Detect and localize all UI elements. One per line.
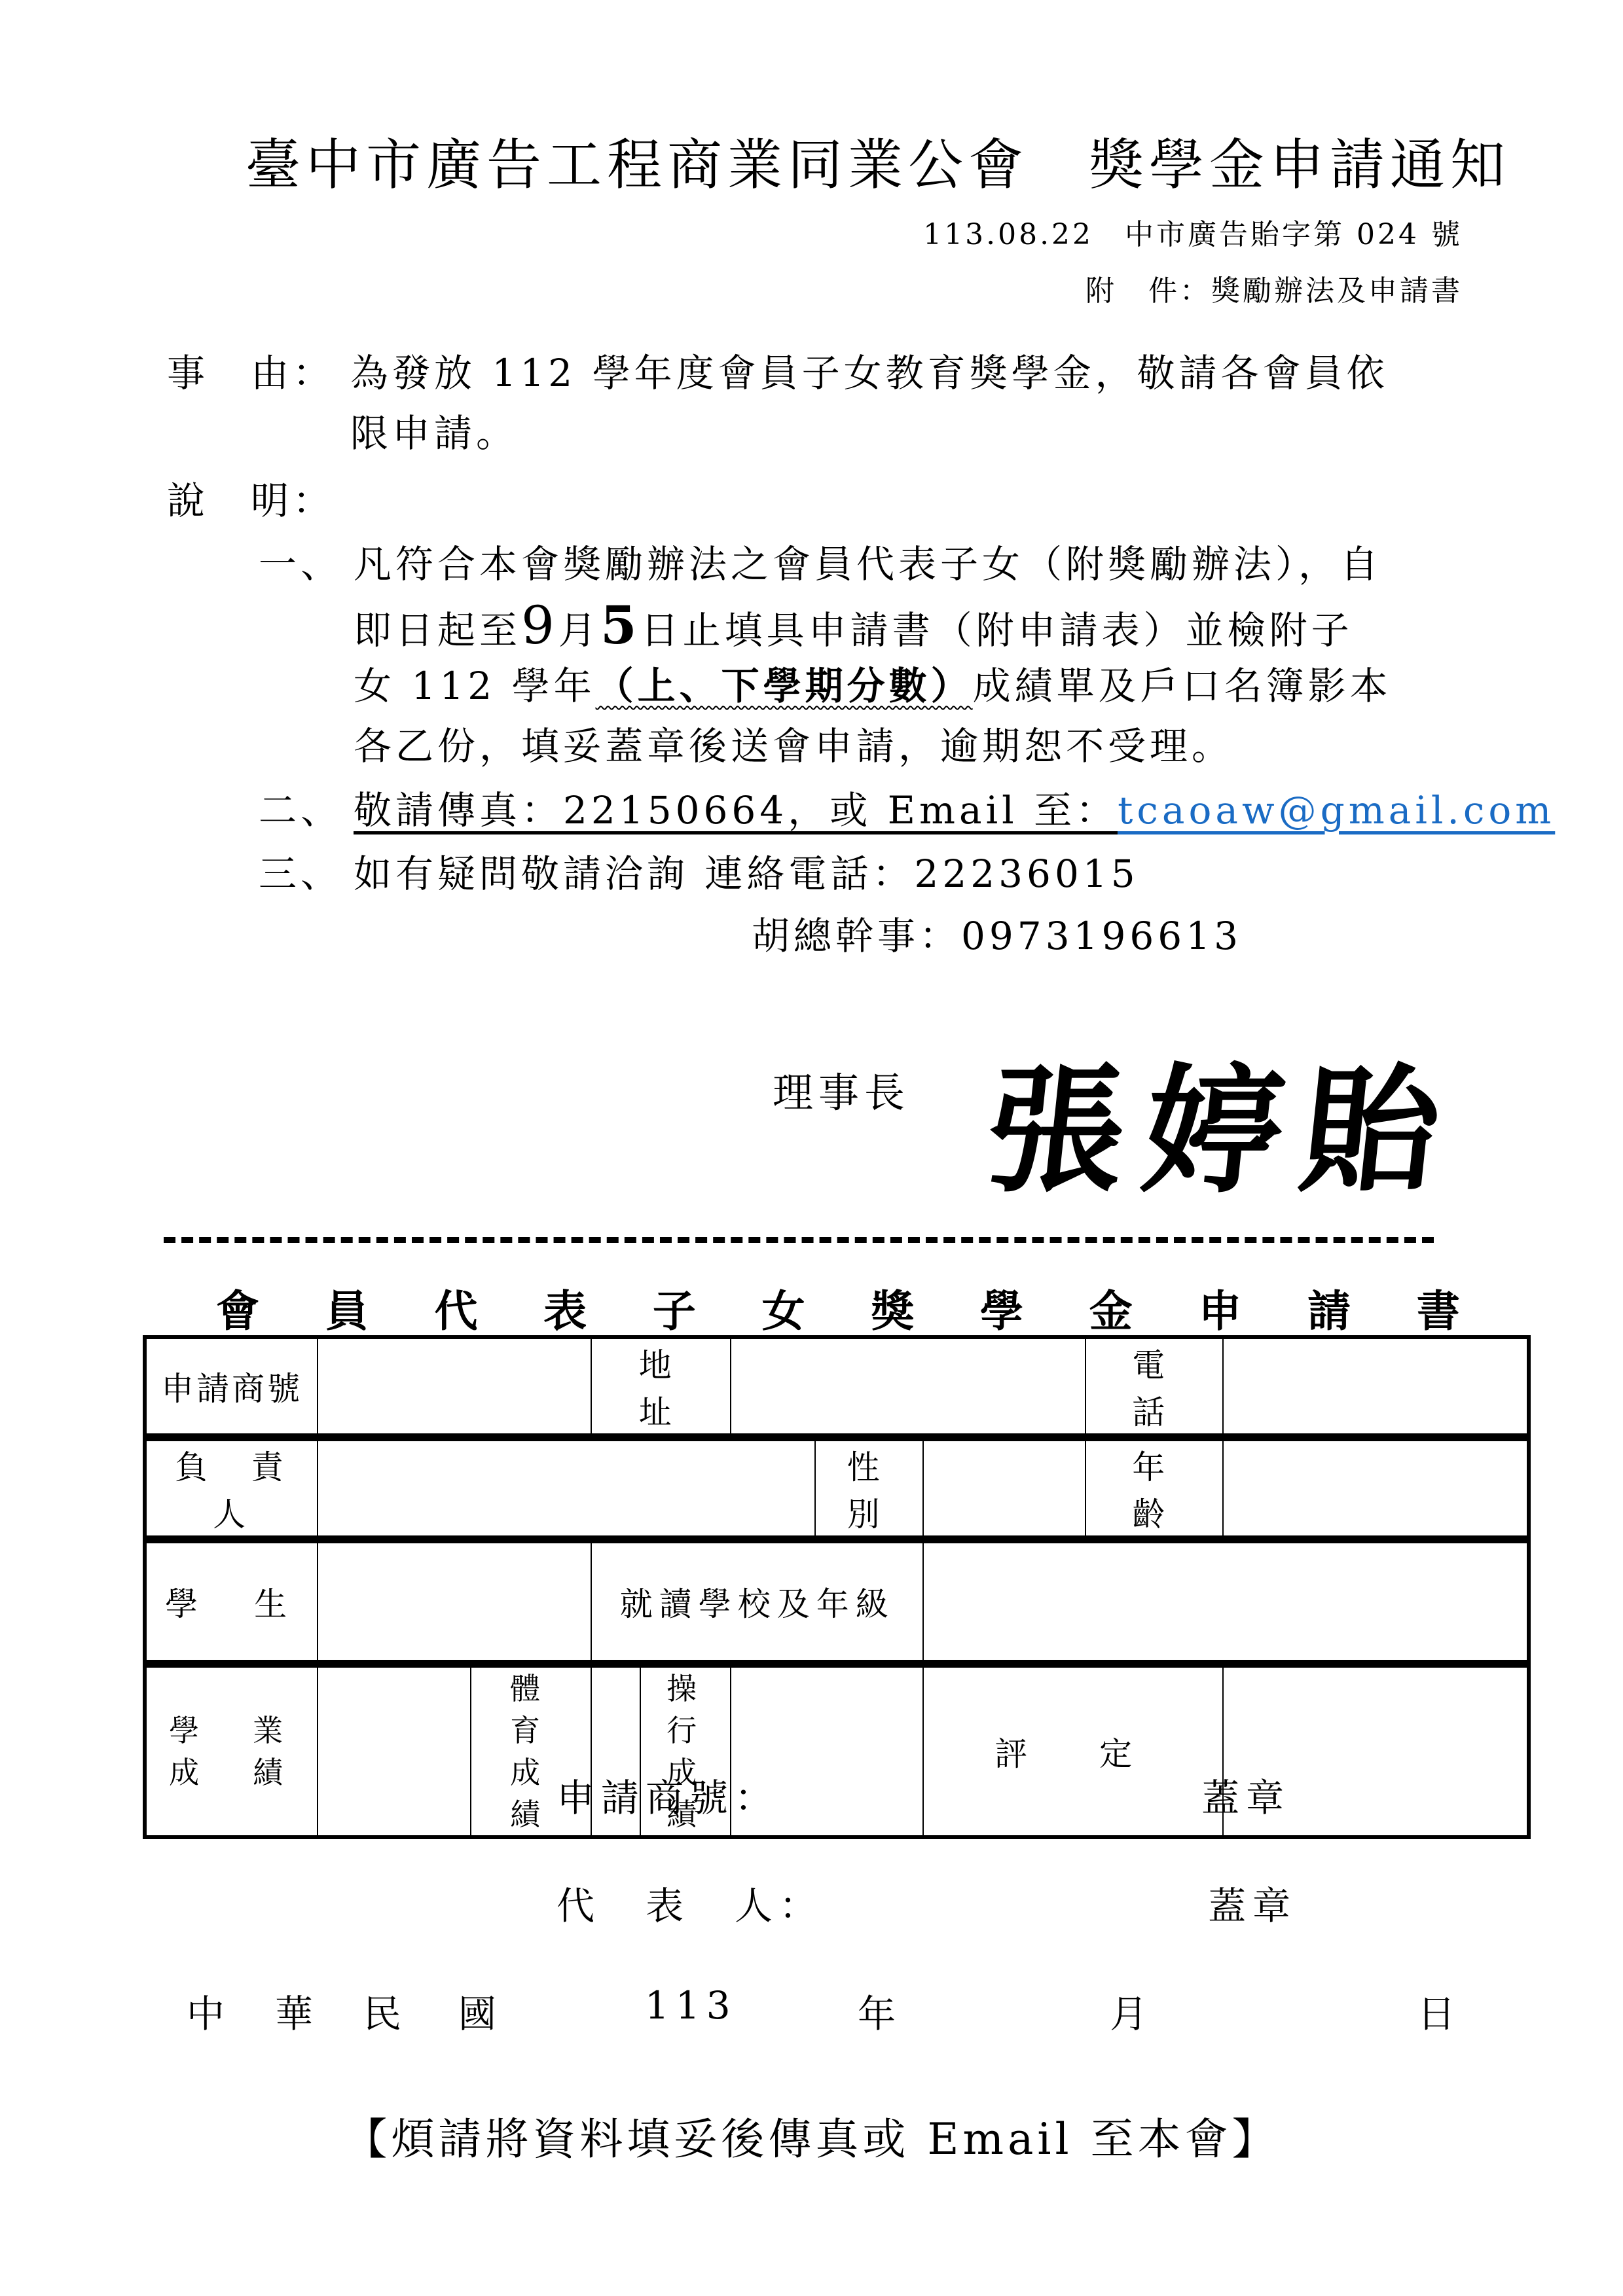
- footer-instruction: 【煩請將資料填妥後傳真或 Email 至本會】: [0, 2104, 1623, 2166]
- student-label: 學 生: [145, 1539, 318, 1664]
- form-title: 會 員 代 表 子 女 獎 學 金 申 請 書: [164, 1276, 1512, 1338]
- semester-note: （上、下學期分數）: [596, 664, 973, 708]
- academic-label-line2: 成 績: [153, 1751, 310, 1793]
- age-field[interactable]: [1223, 1437, 1529, 1539]
- date-char: 民: [363, 1983, 408, 2038]
- form-title-char: 獎: [871, 1276, 914, 1338]
- deadline-month: 9: [521, 595, 558, 656]
- item1-line-3: 女 112 學年（上、下學期分數）成績單及戶口名簿影本: [354, 653, 1392, 719]
- reference-number: 113.08.22 中市廣告貽字第 024 號: [923, 211, 1463, 253]
- academic-label-line1: 學 業: [153, 1710, 310, 1751]
- form-title-char: 請: [1307, 1276, 1351, 1338]
- month-unit: 月: [558, 608, 600, 653]
- explanation-label: 說 明：: [167, 468, 335, 533]
- item3-number: 三、: [259, 841, 342, 906]
- date-char: 國: [458, 1983, 503, 2038]
- application-form-table: 申請商號 地 址 電 話 負 責 人 性 別 年 齡 學 生 就讀學校及年級 學…: [143, 1335, 1531, 1839]
- form-title-char: 代: [434, 1276, 477, 1338]
- table-row: 學 生 就讀學校及年級: [145, 1539, 1529, 1664]
- attachment-note: 附 件：獎勵辦法及申請書: [1085, 267, 1463, 309]
- item2-line: 敬請傳真：22150664，或 Email 至：tcaoaw@gmail.com: [354, 778, 1555, 843]
- form-title-char: 學: [980, 1276, 1023, 1338]
- cut-line-divider: [164, 1237, 1434, 1243]
- form-title-char: 會: [216, 1276, 259, 1338]
- secretary-contact: 胡總幹事：0973196613: [752, 903, 1242, 969]
- address-field[interactable]: [731, 1337, 1085, 1437]
- form-title-char: 員: [325, 1276, 369, 1338]
- person-in-charge-label: 負 責 人: [145, 1437, 318, 1539]
- form-title-char: 女: [762, 1276, 805, 1338]
- email-link[interactable]: tcaoaw@gmail.com: [1118, 788, 1555, 833]
- assessment-label: 評 定: [923, 1664, 1223, 1837]
- school-grade-label: 就讀學校及年級: [591, 1539, 923, 1664]
- deadline-prefix: 即日起至: [354, 608, 521, 653]
- chairman-signature: 張婷貽: [978, 1021, 1470, 1219]
- applicant-sign-label: 申請商號：: [556, 1767, 779, 1822]
- date-year-unit: 年: [858, 1983, 902, 2038]
- subject-line-1: 為發放 112 學年度會員子女教育獎學金，敬請各會員依: [350, 340, 1389, 406]
- school-year: 女 112 學年: [354, 664, 596, 708]
- date-char: 華: [275, 1983, 319, 2038]
- applicant-no-field[interactable]: [318, 1337, 591, 1437]
- subject-label: 事 由：: [167, 340, 335, 406]
- date-day-unit: 日: [1417, 1983, 1462, 2038]
- subject-line-2: 限申請。: [350, 401, 518, 466]
- item2-number: 二、: [259, 778, 342, 843]
- academic-score-field[interactable]: [318, 1664, 470, 1837]
- phone-label: 電 話: [1085, 1337, 1223, 1437]
- item1-line-4: 各乙份，填妥蓋章後送會申請，逾期恕不受理。: [354, 713, 1233, 779]
- deadline-day: 5: [600, 594, 641, 656]
- documents-required: 成績單及戶口名簿影本: [973, 664, 1392, 708]
- student-field[interactable]: [318, 1539, 591, 1664]
- school-grade-field[interactable]: [923, 1539, 1529, 1664]
- seal-label: 蓋章: [1208, 1875, 1297, 1930]
- representative-sign-label: 代 表 人：: [556, 1875, 824, 1930]
- academic-score-label: 學 業成 績: [145, 1664, 318, 1837]
- conduct-label-line1: 操 行: [647, 1668, 723, 1751]
- gender-field[interactable]: [923, 1437, 1085, 1539]
- form-title-char: 表: [543, 1276, 587, 1338]
- seal-label: 蓋章: [1201, 1767, 1290, 1822]
- item1-number: 一、: [259, 531, 342, 597]
- item1-line-2: 即日起至9月5日止填具申請書（附申請表）並檢附子: [354, 592, 1353, 663]
- table-row: 申請商號 地 址 電 話: [145, 1337, 1529, 1437]
- address-label: 地 址: [591, 1337, 731, 1437]
- item3-line: 如有疑問敬請洽詢 連絡電話：22236015: [354, 841, 1139, 906]
- age-label: 年 齡: [1085, 1437, 1223, 1539]
- gender-label: 性 別: [815, 1437, 923, 1539]
- phone-field[interactable]: [1223, 1337, 1529, 1437]
- table-row: 負 責 人 性 別 年 齡: [145, 1437, 1529, 1539]
- applicant-no-label: 申請商號: [145, 1337, 318, 1437]
- item1-line-1: 凡符合本會獎勵辦法之會員代表子女（附獎勵辦法），自: [354, 531, 1382, 597]
- form-title-char: 子: [653, 1276, 696, 1338]
- form-title-char: 申: [1198, 1276, 1241, 1338]
- table-row: 學 業成 績 體 育成 績 操 行成 績 評 定: [145, 1664, 1529, 1837]
- deadline-suffix: 日止填具申請書（附申請表）並檢附子: [641, 608, 1353, 653]
- document-title: 臺中市廣告工程商業同業公會 獎學金申請通知: [246, 121, 1510, 200]
- form-title-char: 金: [1089, 1276, 1133, 1338]
- form-title-char: 書: [1417, 1276, 1460, 1338]
- date-year: 113: [645, 1983, 737, 2028]
- fax-info: 敬請傳真：22150664，或 Email 至：: [354, 788, 1118, 833]
- date-char: 中: [187, 1983, 231, 2038]
- pe-label-line1: 體 育: [478, 1668, 585, 1751]
- chairman-title: 理事長: [773, 1060, 910, 1119]
- date-month-unit: 月: [1110, 1983, 1154, 2038]
- person-in-charge-field[interactable]: [318, 1437, 815, 1539]
